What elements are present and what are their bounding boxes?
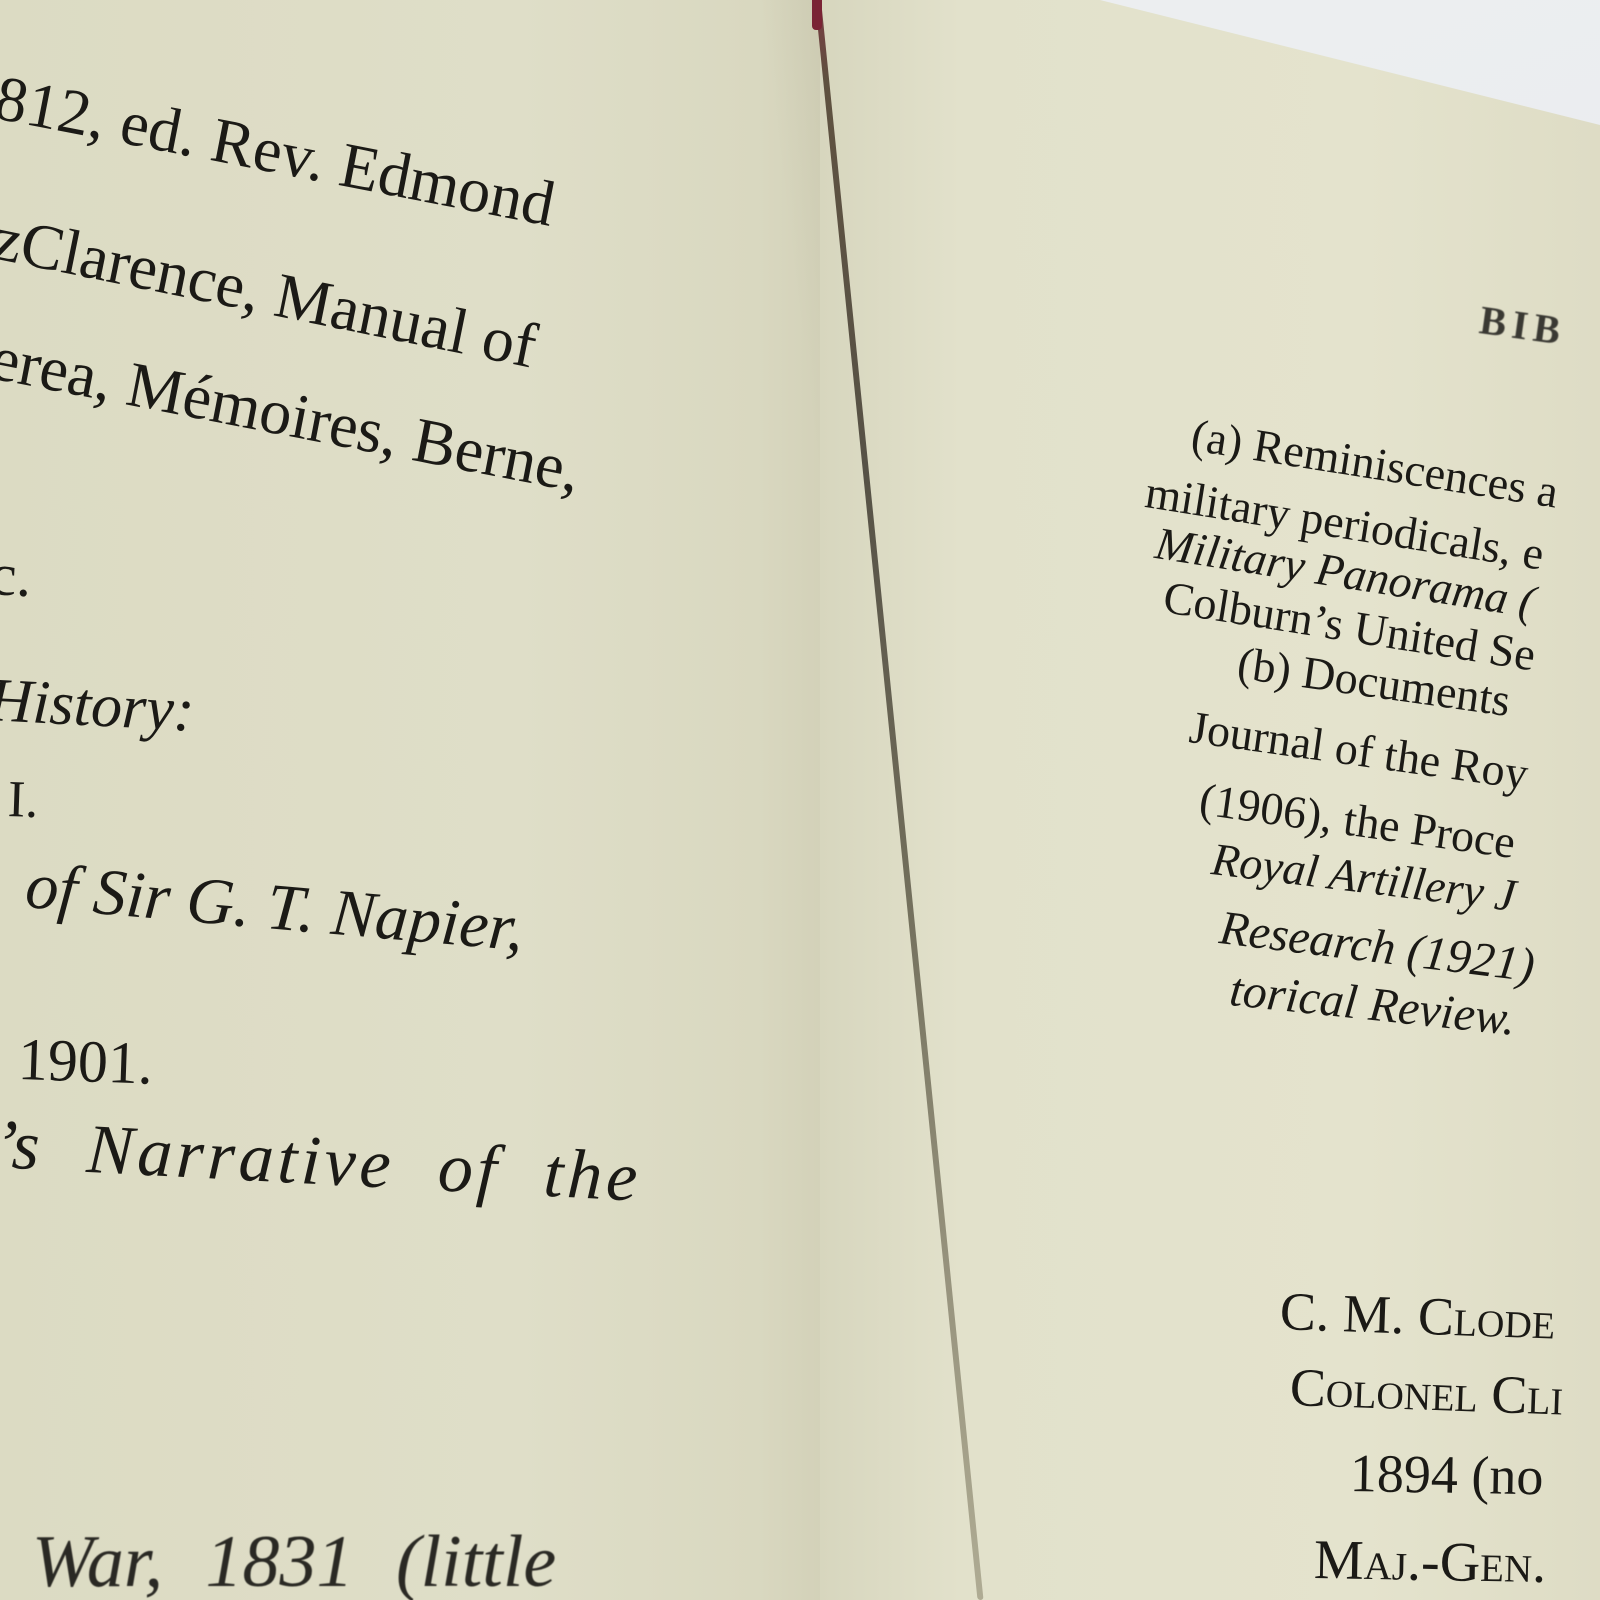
left-line-4: c. [0,540,33,611]
left-page: 812, ed. Rev. Edmond zClarence, Manual o… [0,0,860,1600]
left-line-9: ’s Narrative of the [0,1105,643,1219]
author-line-3: 1894 (no [1349,1442,1544,1507]
author-line-2: Colonel Cli [1289,1356,1564,1428]
left-line-10: War, 1831 (little [32,1520,556,1600]
author-line-1: C. M. Clode [1279,1280,1556,1352]
running-head: BIB [1477,296,1570,355]
left-line-8: 1901. [17,1025,154,1099]
left-line-7: of Sir G. T. Napier, [23,848,527,967]
left-line-6: I. [7,770,39,830]
author-line-4: Maj.-Gen. [1313,1528,1546,1596]
left-line-1: 812, ed. Rev. Edmond [0,61,561,242]
bookmark-ribbon [812,0,822,30]
right-page: BIB (a) Reminiscences a military periodi… [820,0,1600,1600]
left-line-5: History: [0,665,196,747]
